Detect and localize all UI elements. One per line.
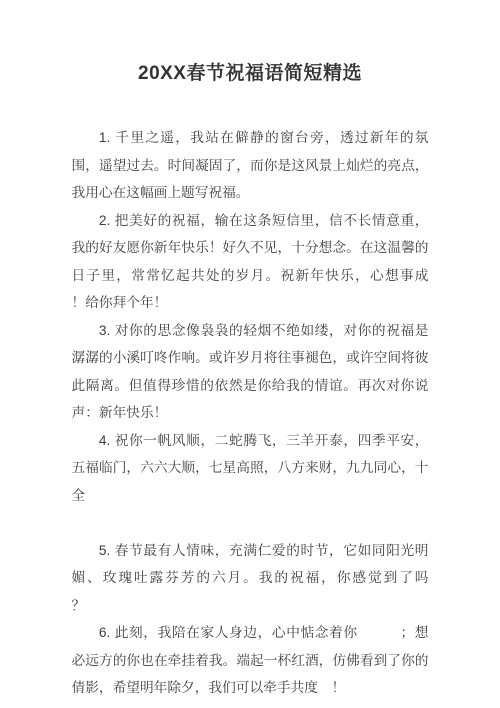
document-body: 1. 千里之遥，我站在僻静的窗台旁，透过新年的氛围，遥望过去。时间凝固了，而你是…: [72, 124, 429, 702]
page-title: 20XX春节祝福语简短精选: [0, 0, 500, 86]
paragraph: 6. 此刻，我陪在家人身边，心中惦念着你 ；想必远方的你也在牵挂着我。端起一杯红…: [72, 619, 429, 702]
paragraph: 4. 祝你一帆风顺，二蛇腾飞，三羊开泰，四季平安，五福临门，六六大顺，七星高照，…: [72, 427, 429, 510]
paragraph: 3. 对你的思念像袅袅的轻烟不绝如缕，对你的祝福是潺潺的小溪叮咚作响。或许岁月将…: [72, 317, 429, 427]
paragraph: 1. 千里之遥，我站在僻静的窗台旁，透过新年的氛围，遥望过去。时间凝固了，而你是…: [72, 124, 429, 207]
document-page: 20XX春节祝福语简短精选 1. 千里之遥，我站在僻静的窗台旁，透过新年的氛围，…: [0, 0, 500, 708]
paragraph: 2. 把美好的祝福，输在这条短信里，信不长情意重，我的好友愿你新年快乐！好久不见…: [72, 207, 429, 317]
paragraph: 5. 春节最有人情味，充满仁爱的时节，它如同阳光明媚、玫瑰吐露芬芳的六月。我的祝…: [72, 537, 429, 620]
